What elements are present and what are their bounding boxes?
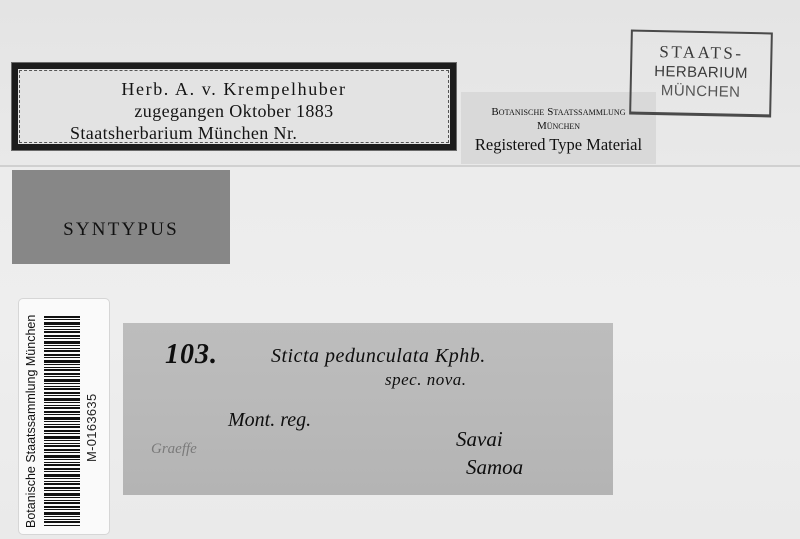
syntypus-label: SYNTYPUS [12, 170, 230, 264]
regtype-title: Registered Type Material [461, 135, 656, 155]
krempelhuber-label: Herb. A. v. Krempelhuber zugegangen Okto… [12, 63, 456, 150]
collector-name: Graeffe [151, 441, 197, 458]
taxon-name: Sticta pedunculata Kphb. [271, 345, 486, 368]
specimen-number: 103. [165, 339, 218, 371]
registered-type-label: Botanische Staatssammlung München Regist… [461, 92, 656, 164]
krempelhuber-line-acquired: zugegangen Oktober 1883 [18, 101, 450, 122]
barcode-catalog-number: M-0163635 [84, 342, 99, 462]
syntypus-text: SYNTYPUS [12, 219, 230, 241]
krempelhuber-line-herbarium: Herb. A. v. Krempelhuber [18, 79, 450, 100]
regtype-city: München [461, 120, 656, 132]
barcode-institution: Botanische Staatssammlung München [24, 308, 38, 528]
barcode-icon [44, 316, 80, 526]
island-name: Savai [456, 427, 503, 452]
locality: Mont. reg. [228, 409, 311, 432]
staatsherbarium-stamp: STAATS- HERBARIUM MÜNCHEN [629, 30, 773, 118]
fold-line [0, 165, 800, 167]
stamp-line-3: MÜNCHEN [631, 82, 769, 102]
country-name: Samoa [466, 455, 523, 480]
stamp-line-1: STAATS- [632, 42, 770, 65]
taxon-status: spec. nova. [385, 370, 467, 390]
herbarium-sheet: Herb. A. v. Krempelhuber zugegangen Okto… [0, 0, 800, 539]
handwritten-label: 103. Sticta pedunculata Kphb. spec. nova… [123, 323, 613, 495]
stamp-line-2: HERBARIUM [632, 63, 770, 83]
krempelhuber-line-institution: Staatsherbarium München Nr. [70, 123, 297, 144]
regtype-institution: Botanische Staatssammlung [461, 106, 656, 118]
